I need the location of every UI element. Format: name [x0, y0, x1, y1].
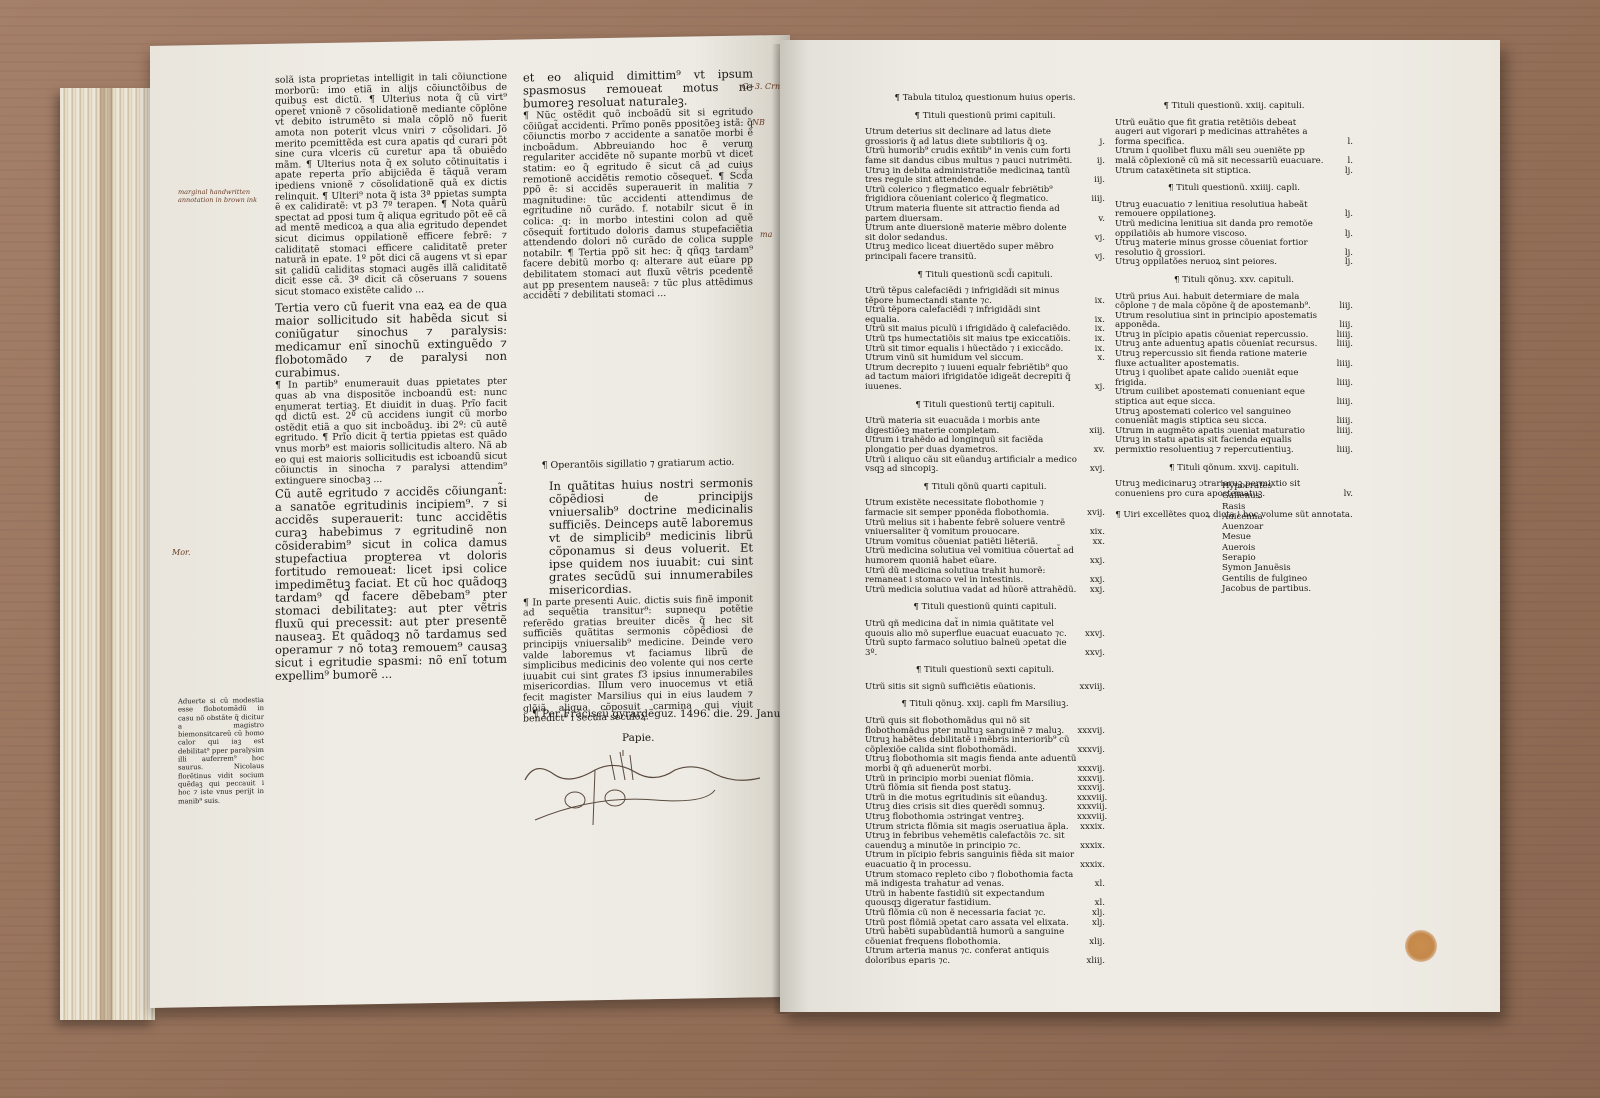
- paragraph-tertia: Tertia vero cũ fuerit vna eaꝝ ea de qua …: [275, 298, 507, 380]
- toc-entry-title: Utruꝫ i quolibet apate calido ɔueniãt eq…: [1115, 369, 1325, 388]
- toc-entry-folio: xxvj.: [1077, 649, 1105, 659]
- toc-entry-folio: xvij.: [1077, 509, 1105, 519]
- toc-entry-title: Utrũ sitis sit signũ sufficiẽtis eũation…: [865, 683, 1077, 693]
- toc-entry: Utruꝫ habẽtes debilitatẽ i mẽbris interi…: [865, 736, 1105, 755]
- toc-entry-folio: xxj.: [1077, 557, 1105, 567]
- toc-entry-folio: x.: [1077, 354, 1105, 364]
- toc-entry: Utrum stomaco repleto cibo ⁊ flobothomia…: [865, 871, 1105, 890]
- toc-entry-folio: xxxix.: [1077, 823, 1105, 833]
- author-name: Hypocrates: [1222, 481, 1311, 491]
- toc-entry: Utrũ euãtio que fit gratia retẽtiõis deb…: [1115, 119, 1353, 148]
- handwritten-signature: [515, 740, 775, 830]
- toc-entry-folio: xiij.: [1077, 427, 1105, 437]
- toc-entry-folio: lj.: [1325, 258, 1353, 268]
- toc-entry: Utrũ dũ medicina solutiua trahit humorẽ:…: [865, 567, 1105, 586]
- manuscript-mark: NB: [752, 118, 765, 127]
- toc-entry: Utrũ medicina lenitiua sit danda pro rem…: [1115, 220, 1353, 239]
- toc-section-heading: ¶ Tituli questionũ. xxiiij. capli.: [1115, 184, 1353, 194]
- toc-entry-title: Utrũ i aliquo cãu sit eũanduꝫ artificial…: [865, 456, 1077, 475]
- toc-entry-folio: xlij.: [1077, 938, 1105, 948]
- toc-entry-folio: xlj.: [1077, 919, 1105, 929]
- toc-entry-title: Utrum cataxẽtineta sit stiptica.: [1115, 167, 1325, 177]
- toc-entry-folio: iiij.: [1077, 195, 1105, 205]
- toc-entry-folio: ix.: [1077, 297, 1105, 307]
- toc-entry-folio: liij.: [1325, 302, 1353, 312]
- toc-entry: Utrũ materia sit euacuãda i morbis ante …: [865, 417, 1105, 436]
- toc-entry: Utruꝫ in febribus vehemẽtis calefactõis …: [865, 832, 1105, 851]
- paragraph: solã ista proprietas intelligit̃ in tali…: [275, 72, 507, 299]
- toc-entry-folio: lj.: [1325, 210, 1353, 220]
- toc-entry-title: Utruꝫ materie minus grosse cõueniat fort…: [1115, 239, 1325, 258]
- toc-entry: Utrum deterius sit declinare ad latus di…: [865, 128, 1105, 147]
- toc-entry-title: Utruꝫ medico liceat diuertẽdo super mẽbr…: [865, 243, 1077, 262]
- toc-entry-title: Utruꝫ oppilatões neruoꝝ sint peiores.: [1115, 258, 1325, 268]
- toc-entry-title: Utrũ humorib⁹ crudis exñtib⁹ in venis cu…: [865, 147, 1077, 166]
- left-column-1: solã ista proprietas intelligit̃ in tali…: [275, 72, 507, 916]
- toc-entry: Utrũ sitis sit signũ sufficiẽtis eũation…: [865, 683, 1105, 693]
- toc-entry-folio: liiij.: [1325, 398, 1353, 408]
- toc-entry-title: Utruꝫ apostemati colerico vel sanguineo …: [1115, 408, 1325, 427]
- toc-entry: Utrũ supto farmaco solutiuo balneũ ɔpeta…: [865, 639, 1105, 658]
- toc-entry: Utrũ tẽpus calefaciẽdi ⁊ infrigidãdi sit…: [865, 287, 1105, 306]
- toc-entry: Utruꝫ in debita administratiõe medicinaꝝ…: [865, 167, 1105, 186]
- toc-entry: Utruꝫ in statu apatis sit facienda equal…: [1115, 436, 1353, 455]
- toc-sections: ¶ Tituli questionũ primi capituli.Utrum …: [865, 112, 1105, 967]
- closing-paragraph: In quãtitas huius nostri sermonis cõpẽdi…: [523, 476, 753, 597]
- toc-entry: Utruꝫ euacuatio ⁊ lenitiua resolutiua ha…: [1115, 201, 1353, 220]
- author-name: Galienus: [1222, 491, 1311, 501]
- author-name: Mesue: [1222, 532, 1311, 542]
- paragraph: Cũ autẽ egritudo ⁊ accidẽs cõiungant̃: a…: [275, 484, 507, 683]
- toc-entry-title: Utrũ qñ medicina dat̃ in nimia quãtitate…: [865, 620, 1077, 639]
- toc-section-heading: ¶ Tituli qõnum. xxvij. capituli.: [1115, 464, 1353, 474]
- toc-entry-folio: liiij.: [1325, 446, 1353, 456]
- toc-entry: Utruꝫ oppilatões neruoꝝ sint peiores.lj.: [1115, 258, 1353, 268]
- toc-entry-title: Utruꝫ in statu apatis sit facienda equal…: [1115, 436, 1325, 455]
- toc-entry-folio: v.: [1077, 215, 1105, 225]
- author-name: Auerois: [1222, 543, 1311, 553]
- toc-section-heading: ¶ Tituli qõnũ quarti capituli.: [865, 483, 1105, 493]
- toc-entry-title: Utrũ tẽpora calefaciẽdi ⁊ infrigidãdi si…: [865, 306, 1077, 325]
- toc-section-heading: ¶ Tituli questionũ primi capituli.: [865, 112, 1105, 122]
- toc-entry-title: Utrum decrepito ⁊ iuueni equalr febriẽti…: [865, 364, 1077, 393]
- toc-entry: Utrũ habẽti supabũdantiã humorũ a sangui…: [865, 928, 1105, 947]
- left-page[interactable]: solã ista proprietas intelligit̃ in tali…: [150, 35, 790, 1008]
- left-column-2-top: et eo aliquid dimittim⁹ vt ipsum spasmos…: [523, 67, 753, 451]
- toc-entry-folio: xxvj.: [1077, 630, 1105, 640]
- page-edges: [60, 88, 155, 1020]
- toc-entry: Utrum decrepito ⁊ iuueni equalr febriẽti…: [865, 364, 1105, 393]
- toc-entry-title: Utrũ tẽpus calefaciẽdi ⁊ infrigidãdi sit…: [865, 287, 1077, 306]
- toc-entry: Utruꝫ materie minus grosse cõueniat fort…: [1115, 239, 1353, 258]
- author-name: Jacobus de partibus.: [1222, 584, 1311, 594]
- author-name: Auicenna: [1222, 512, 1311, 522]
- toc-entry-folio: liiij.: [1325, 360, 1353, 370]
- toc-entry-title: Utrum i trahẽdo ad longinquũ sit faciẽda…: [865, 436, 1077, 455]
- foxing-stain: [1405, 930, 1437, 962]
- toc-entry: Utrũ qñ medicina dat̃ in nimia quãtitate…: [865, 620, 1105, 639]
- printed-side-note: Aduerte si cũ modestia esse flobotomãdũ …: [178, 696, 264, 805]
- toc-section-heading: ¶ Tituli qõnuꝫ. xxv. capituli.: [1115, 276, 1353, 286]
- toc-entry-folio: xv.: [1077, 446, 1105, 456]
- toc-entry: Utrum in pĩcipio febris sanguinis fiẽda …: [865, 851, 1105, 870]
- toc-entry: Utrũ colerico ⁊ flegmatico equalr febriẽ…: [865, 186, 1105, 205]
- toc-entry: Utrum cuilibet apostemati conueniant equ…: [1115, 388, 1353, 407]
- toc-entry-folio: liiij.: [1325, 340, 1353, 350]
- toc-section-heading: ¶ Tituli questionũ tertij capituli.: [865, 401, 1105, 411]
- toc-entry-folio: xx.: [1077, 538, 1105, 548]
- author-name: Serapio: [1222, 553, 1311, 563]
- toc-entry-folio: xxxix.: [1077, 861, 1105, 871]
- toc-section-heading: ¶ Tituli questionũ. xxiij. capituli.: [1115, 102, 1353, 112]
- toc-entry: Utruꝫ flobothomia sit magis fienda ante …: [865, 755, 1105, 774]
- toc-entry-title: Utrũ habẽti supabũdantiã humorũ a sangui…: [865, 928, 1077, 947]
- toc-entry-folio: xvj.: [1077, 465, 1105, 475]
- toc-entry-title: Utrũ supto farmaco solutiuo balneũ ɔpeta…: [865, 639, 1077, 658]
- toc-section-heading: ¶ Tituli questionũ scd̃i capituli.: [865, 271, 1105, 281]
- toc-entry: Utrũ prius Aui. habuit determiare de mal…: [1115, 293, 1353, 312]
- toc-entry-title: Utrũ prius Aui. habuit determiare de mal…: [1115, 293, 1325, 312]
- toc-entry-folio: xxviij.: [1077, 683, 1105, 693]
- toc-entry-title: Utrum ante diuersionẽ materie mẽbro dole…: [865, 224, 1077, 243]
- paragraph: ¶ Nũc ostẽdit quõ incboãdũ sit si egritu…: [523, 107, 753, 302]
- toc-entry-title: Utrum in pĩcipio febris sanguinis fiẽda …: [865, 851, 1077, 870]
- toc-entry-folio: l.: [1325, 138, 1353, 148]
- toc-entry: Utrũ medicia solutiua vadat ad hũorẽ att…: [865, 586, 1105, 596]
- toc-entry: Utruꝫ medico liceat diuertẽdo super mẽbr…: [865, 243, 1105, 262]
- toc-entry-title: Utruꝫ in febribus vehemẽtis calefactõis …: [865, 832, 1077, 851]
- toc-sections: ¶ Tituli questionũ. xxiij. capituli.Utrũ…: [1115, 102, 1353, 499]
- toc-entry-folio: lv.: [1325, 490, 1353, 500]
- toc-entry: Utrũ tẽpora calefaciẽdi ⁊ infrigidãdi si…: [865, 306, 1105, 325]
- toc-entry: Utruꝫ i quolibet apate calido ɔueniãt eq…: [1115, 369, 1353, 388]
- table-of-contents-left: ¶ Tabula tituloꝝ questionum huius operis…: [865, 94, 1105, 967]
- toc-entry-folio: xliij.: [1077, 957, 1105, 967]
- toc-entry: Utrum existẽte necessitate flobothomie ⁊…: [865, 499, 1105, 518]
- toc-entry-title: Utrũ colerico ⁊ flegmatico equalr febriẽ…: [865, 186, 1077, 205]
- toc-entry-folio: liiij.: [1325, 427, 1353, 437]
- toc-entry-folio: xxj.: [1077, 586, 1105, 596]
- toc-entry: Utrũ in habente fastidiũ sit expectandum…: [865, 890, 1105, 909]
- toc-entry-folio: xxxvij.: [1077, 746, 1105, 756]
- toc-entry-folio: j.: [1077, 138, 1105, 148]
- toc-entry: Utrum arteria manus ⁊c. conferat antiqui…: [865, 947, 1105, 966]
- toc-entry-title: Utrũ materia sit euacuãda i morbis ante …: [865, 417, 1077, 436]
- toc-entry-folio: liiij.: [1325, 379, 1353, 389]
- toc-entry-folio: xj.: [1077, 383, 1105, 393]
- paragraph: et eo aliquid dimittim⁹ vt ipsum spasmos…: [523, 67, 753, 110]
- toc-entry: Utrum i trahẽdo ad longinquũ sit faciẽda…: [865, 436, 1105, 455]
- manuscript-mark: Mor.: [172, 548, 191, 557]
- toc-entry-title: Utrũ melius sit i habente febrẽ soluere …: [865, 519, 1077, 538]
- paragraph: ¶ In parte presenti Auic. dictis suis fi…: [523, 594, 753, 725]
- manuscript-annotation: marginal handwritten annotation in brown…: [178, 188, 263, 204]
- toc-entry: Utruꝫ repercussio sit fienda ratione mat…: [1115, 350, 1353, 369]
- toc-entry-title: Utruꝫ repercussio sit fienda ratione mat…: [1115, 350, 1325, 369]
- toc-entry-title: Utrũ quis sit flobothomãdus qui nõ sit f…: [865, 717, 1077, 736]
- toc-entry: Utrum materia fluente sit attractio fien…: [865, 205, 1105, 224]
- toc-title: ¶ Tabula tituloꝝ questionum huius operis…: [865, 94, 1105, 104]
- toc-entry-folio: lj.: [1325, 167, 1353, 177]
- toc-entry-title: Utrũ dũ medicina solutiua trahit humorẽ:…: [865, 567, 1077, 586]
- toc-entry-title: Utruꝫ euacuatio ⁊ lenitiua resolutiua ha…: [1115, 201, 1325, 220]
- toc-entry: Utrum i quolibet fluxu mãli seu ɔueniẽte…: [1115, 147, 1353, 166]
- toc-entry-title: Utrum cuilibet apostemati conueniant equ…: [1115, 388, 1325, 407]
- authors-list: HypocratesGalienusRasisAuicennaAuenzoarM…: [1222, 481, 1311, 594]
- colophon: ¶ Per Frãciscũ gyrardẽguz. 1496. die. 29…: [532, 708, 802, 720]
- toc-entry-title: Utrũ medicina lenitiua sit danda pro rem…: [1115, 220, 1325, 239]
- toc-entry: Utrum cataxẽtineta sit stiptica.lj.: [1115, 167, 1353, 177]
- toc-entry: Utruꝫ apostemati colerico vel sanguineo …: [1115, 408, 1353, 427]
- toc-entry-title: Utruꝫ flobothomia sit magis fienda ante …: [865, 755, 1077, 774]
- toc-entry-title: Utrum deterius sit declinare ad latus di…: [865, 128, 1077, 147]
- toc-entry: Utrũ quis sit flobothomãdus qui nõ sit f…: [865, 717, 1105, 736]
- manuscript-mark: ma: [760, 230, 772, 239]
- toc-section-heading: ¶ Tituli questionũ quinti capituli.: [865, 603, 1105, 613]
- author-name: Gentilis de fulgineo: [1222, 574, 1311, 584]
- open-book: solã ista proprietas intelligit̃ in tali…: [0, 0, 1600, 1098]
- author-name: Rasis: [1222, 502, 1311, 512]
- left-column-2-bottom: ¶ Operantõis sigillatio ⁊ gratiarum acti…: [523, 451, 753, 735]
- toc-entry-title: Utrum stomaco repleto cibo ⁊ flobothomia…: [865, 871, 1077, 890]
- toc-entry-folio: vj.: [1077, 253, 1105, 263]
- toc-entry: Utrũ humorib⁹ crudis exñtib⁹ in venis cu…: [865, 147, 1105, 166]
- toc-entry-folio: lj.: [1325, 230, 1353, 240]
- toc-section-heading: ¶ Tituli qõnuꝫ. xxij. capli fm Marsiliuꝫ…: [865, 700, 1105, 710]
- toc-section-heading: ¶ Tituli questionũ sexti capituli.: [865, 666, 1105, 676]
- toc-entry-folio: vj.: [1077, 234, 1105, 244]
- toc-entry-title: Utruꝫ habẽtes debilitatẽ i mẽbris interi…: [865, 736, 1077, 755]
- toc-entry-title: Utrum materia fluente sit attractio fien…: [865, 205, 1077, 224]
- toc-entry-folio: xxxvij.: [1077, 727, 1105, 737]
- toc-entry-folio: ij.: [1077, 157, 1105, 167]
- table-of-contents-right: ¶ Tituli questionũ. xxiij. capituli.Utrũ…: [1115, 94, 1353, 528]
- toc-entry: Utrũ melius sit i habente febrẽ soluere …: [865, 519, 1105, 538]
- toc-entry-title: Utruꝫ in debita administratiõe medicinaꝝ…: [865, 167, 1077, 186]
- toc-entry-folio: iij.: [1077, 176, 1105, 186]
- toc-entry-title: Utrũ in habente fastidiũ sit expectandum…: [865, 890, 1077, 909]
- author-name: Auenzoar: [1222, 522, 1311, 532]
- toc-entry-title: Utrum resolutiua sint in principio apost…: [1115, 312, 1325, 331]
- toc-entry-title: Utrum i quolibet fluxu mãli seu ɔueniẽte…: [1115, 147, 1325, 166]
- toc-entry-folio: xxxix.: [1077, 842, 1105, 852]
- author-name: Symon Januẽsis: [1222, 563, 1311, 573]
- toc-entry: Utrum resolutiua sint in principio apost…: [1115, 312, 1353, 331]
- paragraph: ¶ In partib⁹ enumerauit duas ppietates p…: [275, 377, 507, 487]
- toc-entry-folio: xl.: [1077, 880, 1105, 890]
- section-heading: ¶ Operantõis sigillatio ⁊ gratiarum acti…: [523, 457, 753, 472]
- toc-entry: Utrũ i aliquo cãu sit eũanduꝫ artificial…: [865, 456, 1105, 475]
- toc-entry: Utrũ medicina solutiua vel vomitiua cõue…: [865, 547, 1105, 566]
- toc-entry-title: Utrũ medicina solutiua vel vomitiua cõue…: [865, 547, 1077, 566]
- toc-entry-title: Utrũ euãtio que fit gratia retẽtiõis deb…: [1115, 119, 1325, 148]
- toc-entry-title: Utrũ medicia solutiua vadat ad hũorẽ att…: [865, 586, 1077, 596]
- toc-entry: Utrum ante diuersionẽ materie mẽbro dole…: [865, 224, 1105, 243]
- toc-entry-title: Utrum existẽte necessitate flobothomie ⁊…: [865, 499, 1077, 518]
- toc-entry-title: Utrum arteria manus ⁊c. conferat antiqui…: [865, 947, 1077, 966]
